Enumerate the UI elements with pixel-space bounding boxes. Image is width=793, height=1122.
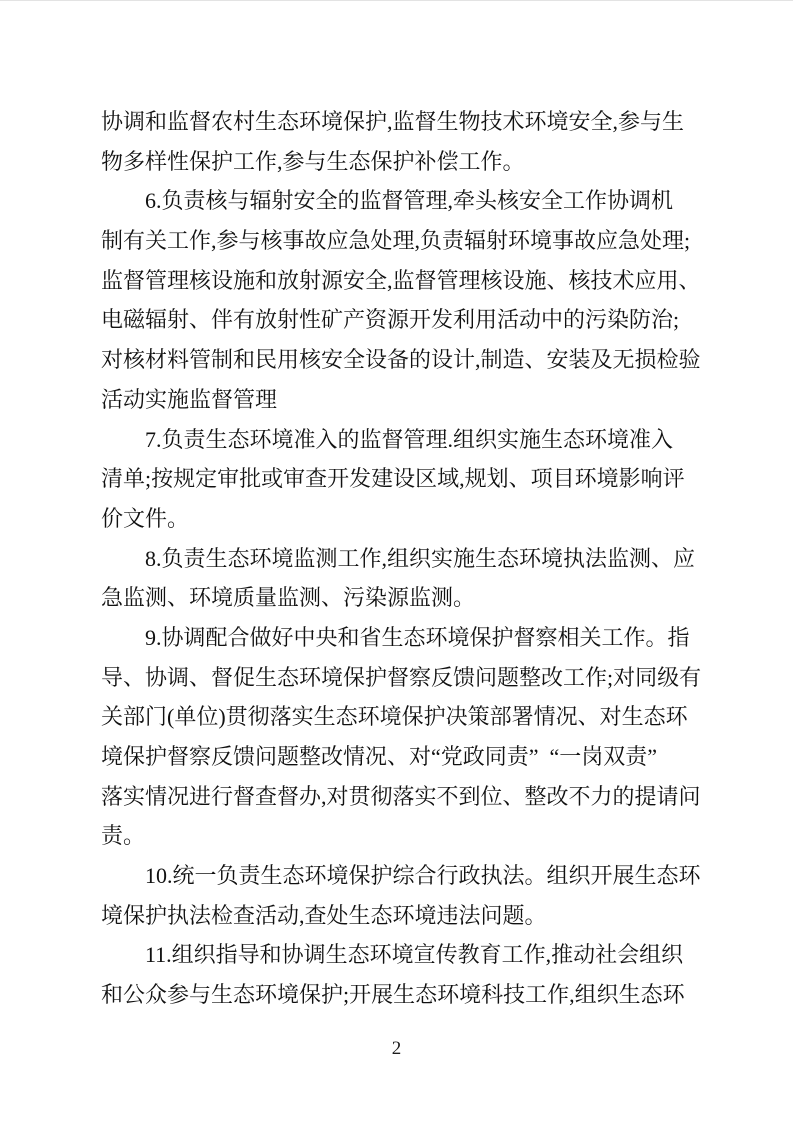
text-line: 清单;按规定审批或审查开发建设区域,规划、项目环境影响评	[101, 459, 695, 499]
text-line: 境保护督察反馈问题整改情况、对“党政同责” “一岗双责”	[101, 737, 695, 777]
text-line: 电磁辐射、伴有放射性矿产资源开发利用活动中的污染防治;	[101, 300, 695, 340]
page-footer: 2	[0, 1039, 793, 1059]
text-line: 急监测、环境质量监测、污染源监测。	[101, 578, 695, 618]
document-page: 协调和监督农村生态环境保护,监督生物技术环境安全,参与生物多样性保护工作,参与生…	[0, 0, 793, 1122]
text-line: 境保护执法检查活动,查处生态环境违法问题。	[101, 896, 695, 936]
text-line: 责。	[101, 816, 695, 856]
text-line: 监督管理核设施和放射源安全,监督管理核设施、核技术应用、	[101, 261, 695, 301]
text-line: 对核材料管制和民用核安全设备的设计,制造、安装及无损检验	[101, 340, 695, 380]
paragraph-item-10: 10.统一负责生态环境保护综合行政执法。组织开展生态环境保护执法检查活动,查处生…	[101, 856, 695, 935]
text-line: 物多样性保护工作,参与生态保护补偿工作。	[101, 142, 695, 182]
paragraph-item-7: 7.负责生态环境准入的监督管理.组织实施生态环境准入清单;按规定审批或审查开发建…	[101, 420, 695, 539]
text-line: 价文件。	[101, 499, 695, 539]
paragraph-item-8: 8.负责生态环境监测工作,组织实施生态环境执法监测、应急监测、环境质量监测、污染…	[101, 539, 695, 618]
text-line: 10.统一负责生态环境保护综合行政执法。组织开展生态环	[101, 856, 695, 896]
page-number: 2	[392, 1038, 402, 1059]
text-line: 关部门(单位)贯彻落实生态环境保护决策部署情况、对生态环	[101, 697, 695, 737]
text-line: 导、协调、督促生态环境保护督察反馈问题整改工作;对同级有	[101, 658, 695, 698]
text-line: 7.负责生态环境准入的监督管理.组织实施生态环境准入	[101, 420, 695, 460]
text-line: 8.负责生态环境监测工作,组织实施生态环境执法监测、应	[101, 539, 695, 579]
text-line: 9.协调配合做好中央和省生态环境保护督察相关工作。指	[101, 618, 695, 658]
text-line: 6.负责核与辐射安全的监督管理,牵头核安全工作协调机	[101, 181, 695, 221]
paragraph-continuation-item-5: 协调和监督农村生态环境保护,监督生物技术环境安全,参与生物多样性保护工作,参与生…	[101, 102, 695, 181]
text-line: 制有关工作,参与核事故应急处理,负责辐射环境事故应急处理;	[101, 221, 695, 261]
text-line: 和公众参与生态环境保护;开展生态环境科技工作,组织生态环	[101, 975, 695, 1015]
paragraph-item-11: 11.组织指导和协调生态环境宣传教育工作,推动社会组织和公众参与生态环境保护;开…	[101, 935, 695, 1014]
text-line: 11.组织指导和协调生态环境宣传教育工作,推动社会组织	[101, 935, 695, 975]
document-body: 协调和监督农村生态环境保护,监督生物技术环境安全,参与生物多样性保护工作,参与生…	[101, 102, 695, 1015]
paragraph-item-9: 9.协调配合做好中央和省生态环境保护督察相关工作。指导、协调、督促生态环境保护督…	[101, 618, 695, 856]
paragraph-item-6: 6.负责核与辐射安全的监督管理,牵头核安全工作协调机制有关工作,参与核事故应急处…	[101, 181, 695, 419]
text-line: 落实情况进行督查督办,对贯彻落实不到位、整改不力的提请问	[101, 777, 695, 817]
text-line: 活动实施监督管理	[101, 380, 695, 420]
text-line: 协调和监督农村生态环境保护,监督生物技术环境安全,参与生	[101, 102, 695, 142]
